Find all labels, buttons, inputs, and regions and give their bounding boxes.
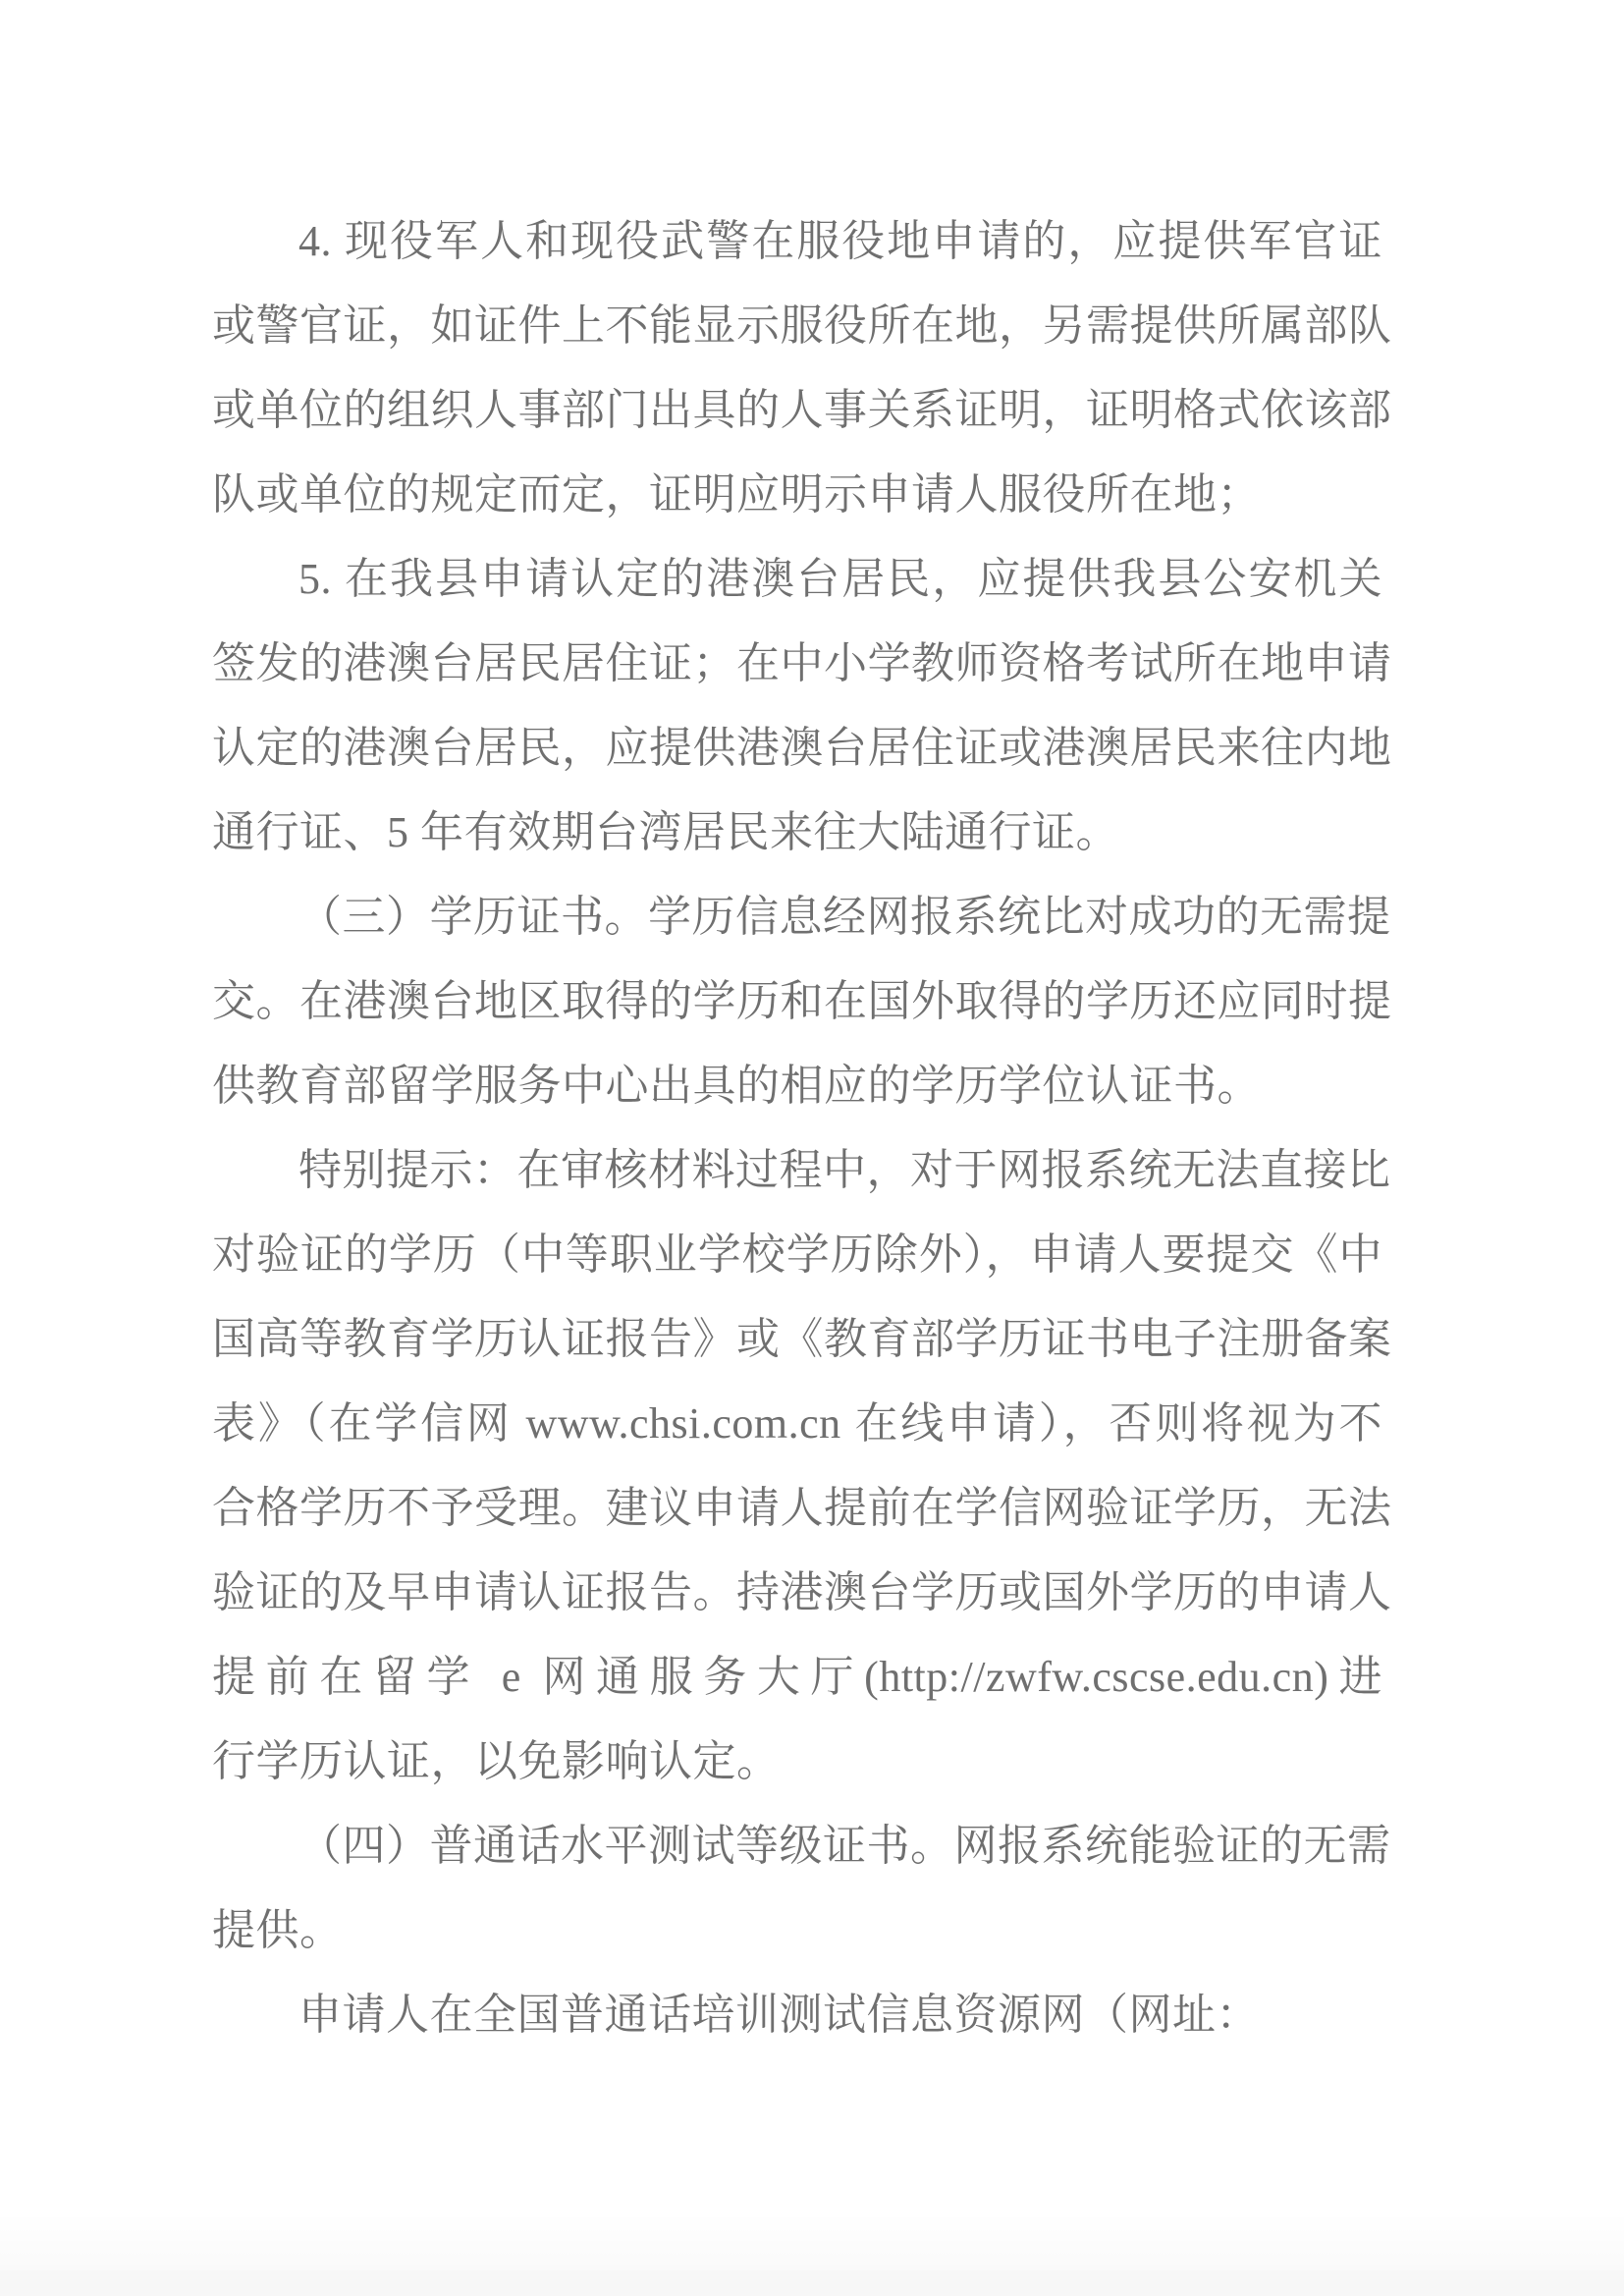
text-line: 或单位的组织人事部门出具的人事关系证明，证明格式依该部 xyxy=(212,368,1382,453)
text-line: 国高等教育学历认证报告》或《教育部学历证书电子注册备案 xyxy=(212,1297,1382,1382)
text-line: （三）学历证书。学历信息经网报系统比对成功的无需提 xyxy=(212,875,1382,959)
text-line: （四）普通话水平测试等级证书。网报系统能验证的无需 xyxy=(212,1804,1382,1888)
text-line: 对验证的学历（中等职业学校学历除外），申请人要提交《中 xyxy=(212,1213,1382,1297)
scan-shadow-band xyxy=(0,2270,1624,2296)
text-line: 5. 在我县申请认定的港澳台居民，应提供我县公安机关 xyxy=(212,537,1382,622)
text-line: 交。在港澳台地区取得的学历和在国外取得的学历还应同时提 xyxy=(212,959,1382,1044)
text-line: 特别提示：在审核材料过程中，对于网报系统无法直接比 xyxy=(212,1128,1382,1213)
text-line: 4. 现役军人和现役武警在服役地申请的，应提供军官证 xyxy=(212,199,1382,284)
text-line: 或警官证，如证件上不能显示服役所在地，另需提供所属部队 xyxy=(212,284,1382,368)
text-line: 申请人在全国普通话培训测试信息资源网（网址： xyxy=(212,1973,1382,2057)
text-line: 签发的港澳台居民居住证；在中小学教师资格考试所在地申请 xyxy=(212,622,1382,706)
text-block: 4. 现役军人和现役武警在服役地申请的，应提供军官证或警官证，如证件上不能显示服… xyxy=(212,199,1382,2057)
text-line: 提前在留学 e 网通服务大厅(http://zwfw.cscse.edu.cn)… xyxy=(212,1635,1382,1720)
text-line: 行学历认证，以免影响认定。 xyxy=(212,1720,1382,1804)
scan-shadow-fade xyxy=(0,2212,1624,2270)
document-page: 4. 现役军人和现役武警在服役地申请的，应提供军官证或警官证，如证件上不能显示服… xyxy=(0,0,1624,2296)
text-line: 提供。 xyxy=(212,1888,1382,1973)
text-line: 通行证、5 年有效期台湾居民来往大陆通行证。 xyxy=(212,791,1382,875)
text-line: 队或单位的规定而定，证明应明示申请人服役所在地； xyxy=(212,453,1382,537)
text-line: 合格学历不予受理。建议申请人提前在学信网验证学历，无法 xyxy=(212,1466,1382,1551)
text-line: 认定的港澳台居民，应提供港澳台居住证或港澳居民来往内地 xyxy=(212,706,1382,791)
text-line: 表》（在学信网 www.chsi.com.cn 在线申请），否则将视为不 xyxy=(212,1382,1382,1466)
text-line: 验证的及早申请认证报告。持港澳台学历或国外学历的申请人 xyxy=(212,1551,1382,1635)
text-line: 供教育部留学服务中心出具的相应的学历学位认证书。 xyxy=(212,1044,1382,1128)
